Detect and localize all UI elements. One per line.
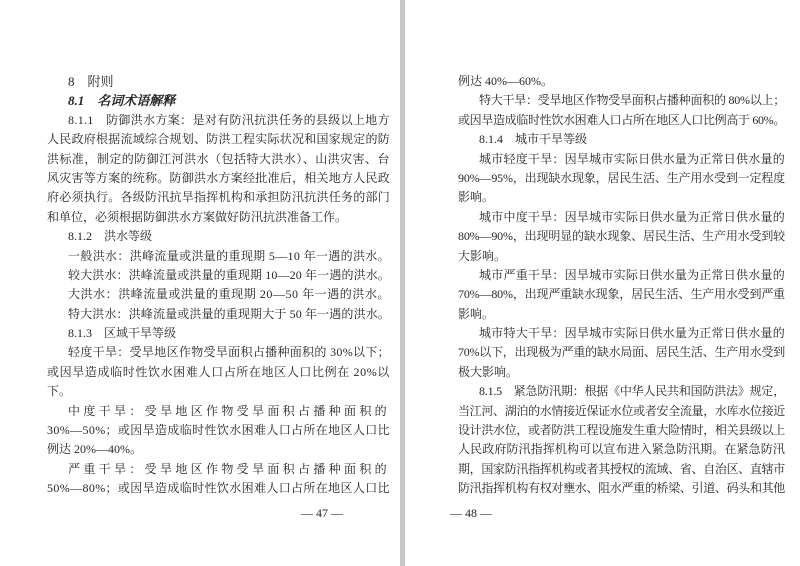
page-number: — 47 — <box>47 504 390 523</box>
text-line: 例达 20%—40%。 <box>47 440 390 459</box>
text-line: 70%—80%，出现严重缺水现象，居民生活、生产用水受到严重 <box>458 285 785 304</box>
text-line: 一般洪水：洪峰流量或洪量的重现期 5—10 年一遇的洪水。 <box>47 247 390 266</box>
text-line: 8.1 名词术语解释 <box>47 91 390 110</box>
text-line: 8.1.1 防御洪水方案：是对有防汛抗洪任务的县级以上地方 <box>47 111 390 130</box>
text-line: 中度干旱：受旱地区作物受旱面积占播种面积的 <box>47 402 390 421</box>
page-text: 8 附则8.1 名词术语解释8.1.1 防御洪水方案：是对有防汛抗洪任务的县级以… <box>47 72 390 523</box>
text-line: 影响。 <box>458 188 785 207</box>
text-line: 影响。 <box>458 305 785 324</box>
page-number: — 48 — <box>450 504 785 523</box>
text-line: 风灾害等方案的统称。防御洪水方案经批准后，相关地方人民政 <box>47 169 390 188</box>
text-line: 府必须执行。各级防汛抗旱指挥机构和承担防汛抗洪任务的部门 <box>47 188 390 207</box>
text-line: 大影响。 <box>458 247 785 266</box>
text-line: 期，国家防汛指挥机构或者其授权的流域、省、自治区、直辖市 <box>458 460 785 479</box>
text-line: 城市严重干旱：因旱城市实际日供水量为正常日供水量的 <box>458 266 785 285</box>
text-line: 70%以下，出现极为严重的缺水局面、居民生活、生产用水受到 <box>458 343 785 362</box>
text-line: 例达 40%—60%。 <box>458 72 785 91</box>
document-spread: 8 附则8.1 名词术语解释8.1.1 防御洪水方案：是对有防汛抗洪任务的县级以… <box>0 0 800 566</box>
text-line: 8.1.4 城市干旱等级 <box>458 130 785 149</box>
text-line: 8.1.2 洪水等级 <box>47 227 390 246</box>
text-line: 当江河、湖泊的水情接近保证水位或者安全流量，水库水位接近 <box>458 402 785 421</box>
text-line: 90%—95%，出现缺水现象，居民生活、生产用水受到一定程度 <box>458 169 785 188</box>
text-line: 较大洪水：洪峰流量或洪量的重现期 10—20 年一遇的洪水。 <box>47 266 390 285</box>
text-line: 50%—80%；或因旱造成临时性饮水困难人口占所在地区人口比 <box>47 479 390 498</box>
text-line: 防汛指挥机构有权对壅水、阻水严重的桥梁、引道、码头和其他 <box>458 479 785 498</box>
text-line: 或因旱造成临时性饮水困难人口占所在地区人口比例在 20%以 <box>47 363 390 382</box>
text-line: 城市轻度干旱：因旱城市实际日供水量为正常日供水量的 <box>458 150 785 169</box>
text-line: 下。 <box>47 382 390 401</box>
text-line: 洪标准，制定的防御江河洪水（包括特大洪水）、山洪灾害、台 <box>47 150 390 169</box>
text-line: 严重干旱：受旱地区作物受旱面积占播种面积的 <box>47 460 390 479</box>
text-line: 人民政府防汛指挥机构可以宣布进入紧急防汛期。在紧急防汛 <box>458 440 785 459</box>
text-line: 设计洪水位，或者防洪工程设施发生重大险情时，相关县级以上 <box>458 421 785 440</box>
text-line: 轻度干旱：受旱地区作物受旱面积占播种面积的 30%以下； <box>47 343 390 362</box>
page: 例达 40%—60%。特大干旱：受旱地区作物受旱面积占播种面积的 80%以上；或… <box>405 0 800 566</box>
text-line: 城市中度干旱：因旱城市实际日供水量为正常日供水量的 <box>458 208 785 227</box>
text-line: 城市特大干旱：因旱城市实际日供水量为正常日供水量的 <box>458 324 785 343</box>
text-line: 8.1.3 区域干旱等级 <box>47 324 390 343</box>
text-line: 或因旱造成临时性饮水困难人口占所在地区人口比例高于 60%。 <box>458 111 785 130</box>
text-line: 8.1.5 紧急防汛期：根据《中华人民共和国防洪法》规定， <box>458 382 785 401</box>
text-line: 8 附则 <box>47 72 390 91</box>
text-line: 80%—90%，出现明显的缺水现象、居民生活、生产用水受到较 <box>458 227 785 246</box>
text-line: 特大干旱：受旱地区作物受旱面积占播种面积的 80%以上； <box>458 91 785 110</box>
text-line: 30%—50%；或因旱造成临时性饮水困难人口占所在地区人口比 <box>47 421 390 440</box>
text-line: 特大洪水：洪峰流量或洪量的重现期大于 50 年一遇的洪水。 <box>47 305 390 324</box>
text-line: 极大影响。 <box>458 363 785 382</box>
page: 8 附则8.1 名词术语解释8.1.1 防御洪水方案：是对有防汛抗洪任务的县级以… <box>0 0 400 566</box>
text-line: 和单位，必须根据防御洪水方案做好防汛抗洪准备工作。 <box>47 208 390 227</box>
text-line: 人民政府根据流域综合规划、防洪工程实际状况和国家规定的防 <box>47 130 390 149</box>
page-text: 例达 40%—60%。特大干旱：受旱地区作物受旱面积占播种面积的 80%以上；或… <box>458 72 785 523</box>
text-line: 大洪水：洪峰流量或洪量的重现期 20—50 年一遇的洪水。 <box>47 285 390 304</box>
